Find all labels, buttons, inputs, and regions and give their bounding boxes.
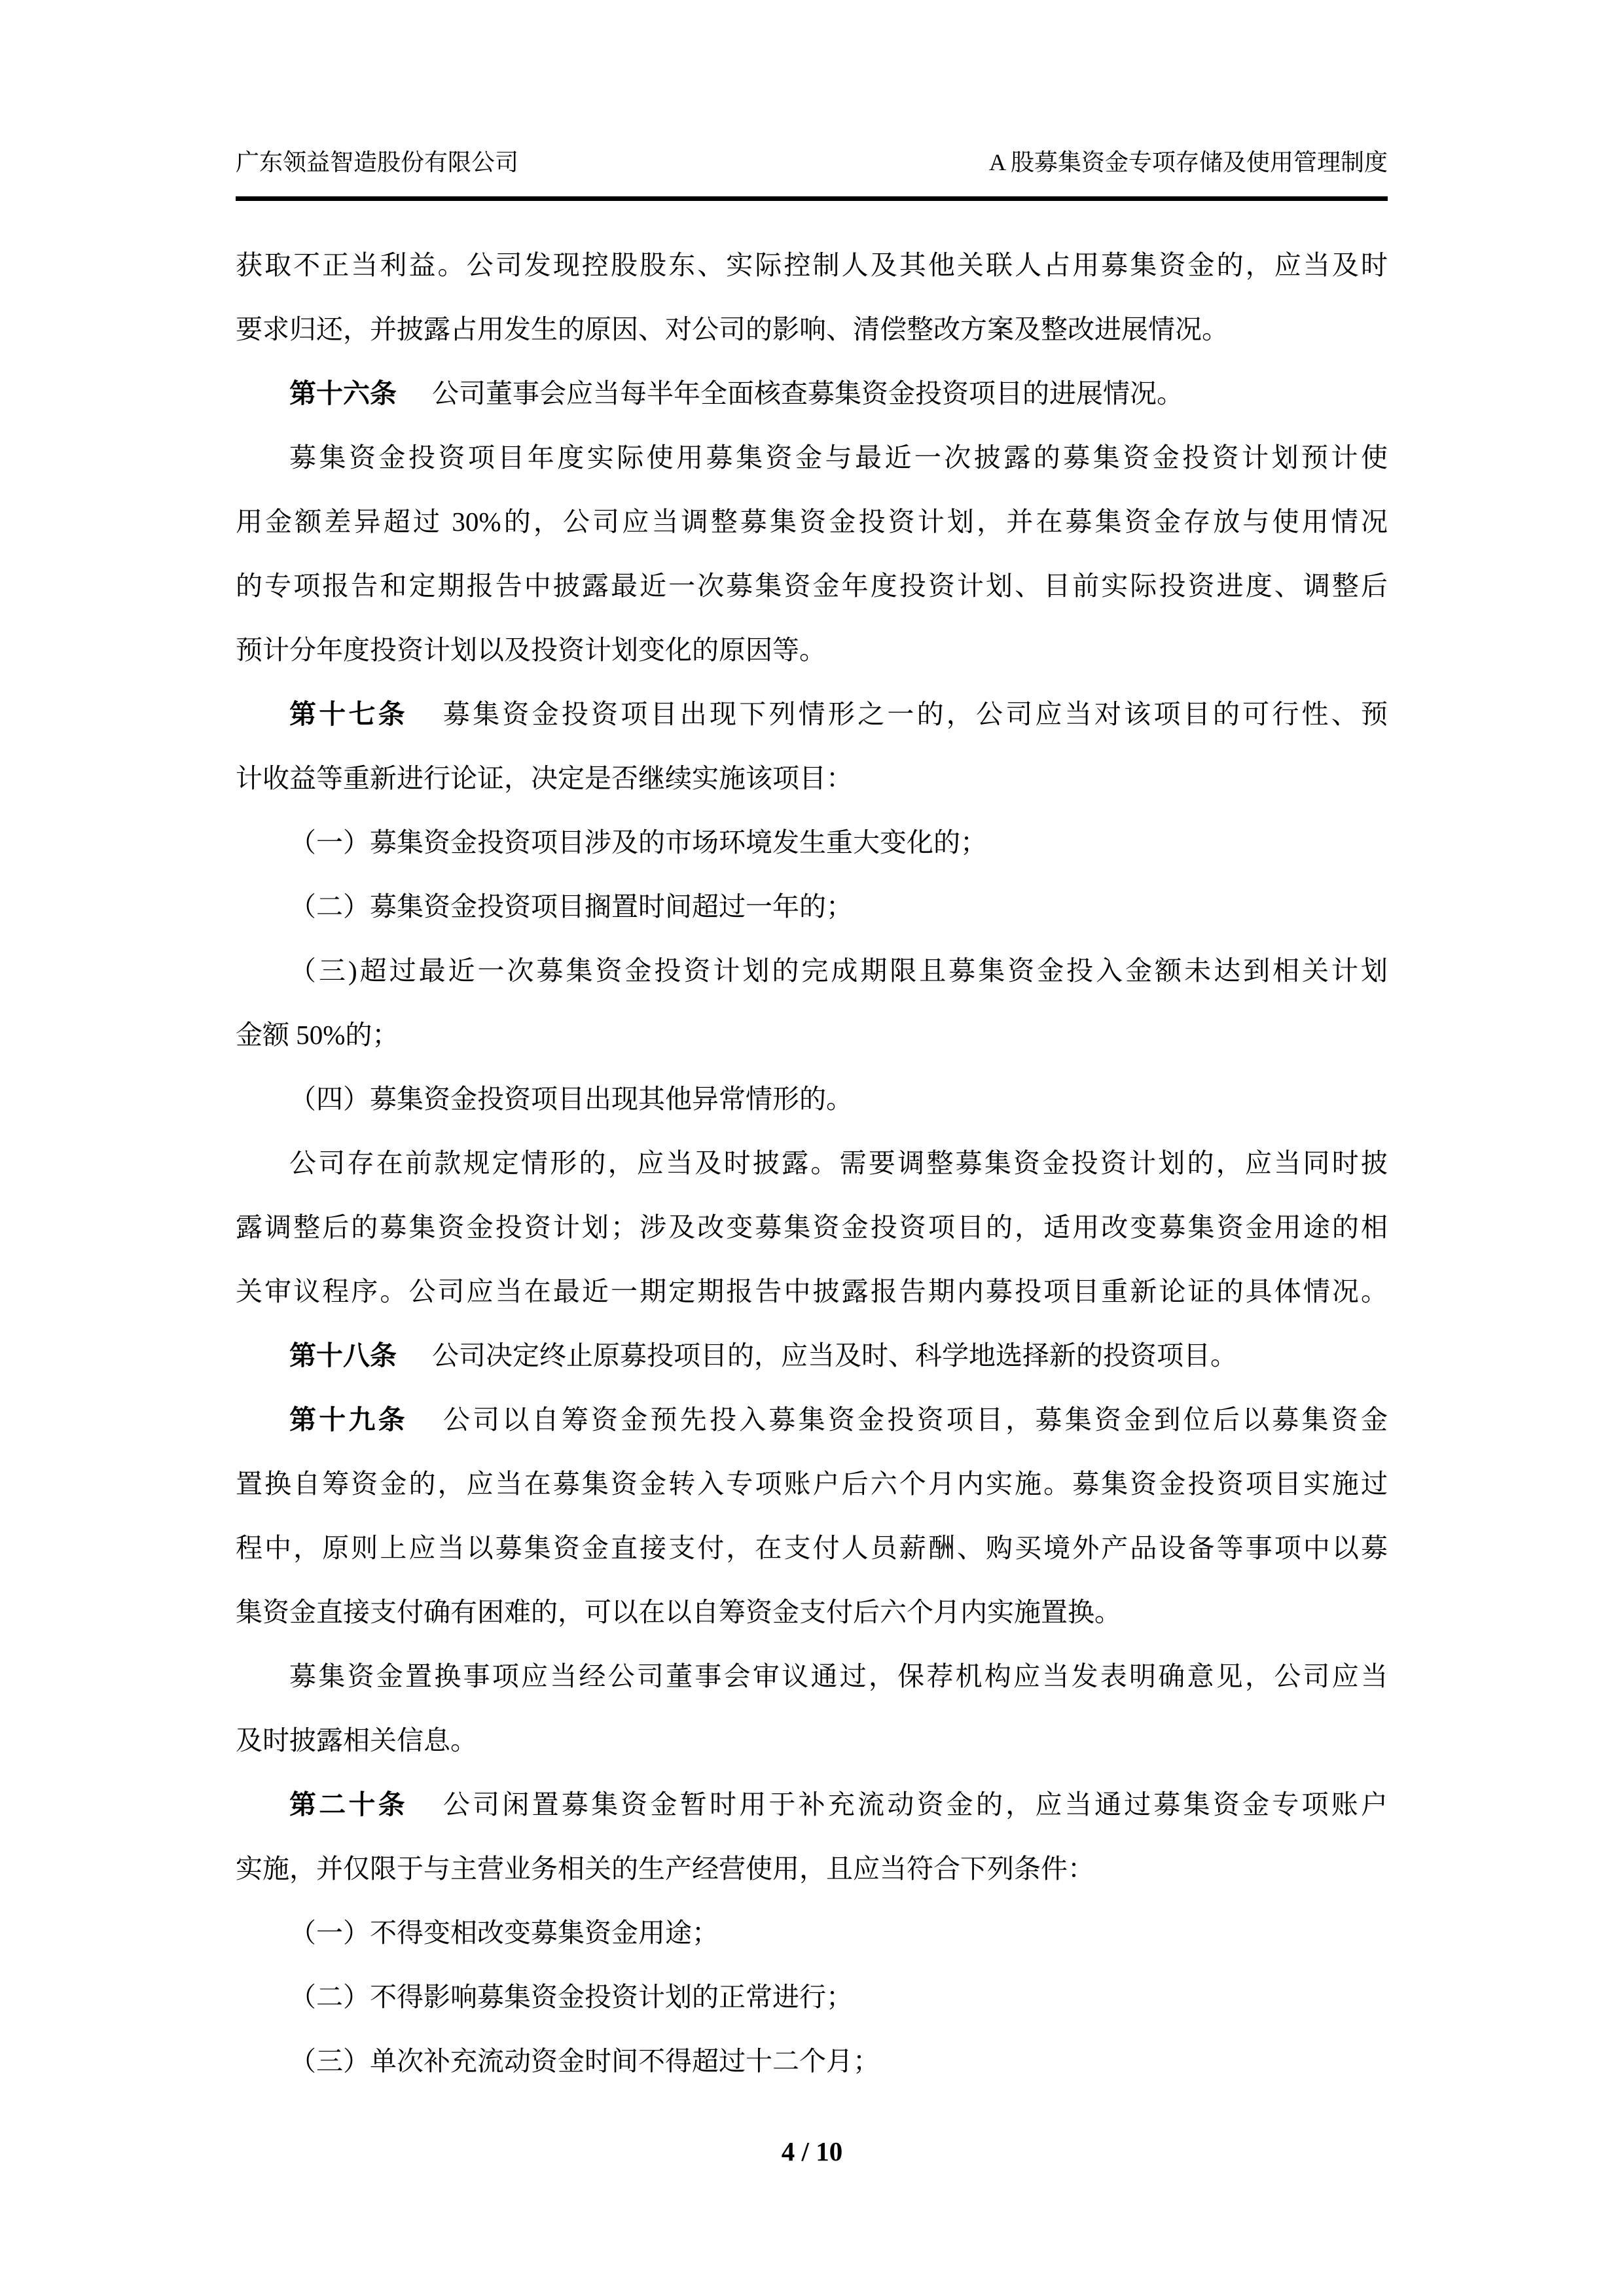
text-line: 第二十条公司闲置募集资金暂时用于补充流动资金的，应当通过募集资金专项账户 xyxy=(236,1772,1388,1837)
text-line: 第十七条募集资金投资项目出现下列情形之一的，公司应当对该项目的可行性、预 xyxy=(236,682,1388,746)
text-line: 及时披露相关信息。 xyxy=(236,1708,1388,1772)
article-number: 第十七条 xyxy=(289,699,408,729)
document-body: 获取不正当利益。公司发现控股股东、实际控制人及其他关联人占用募集资金的，应当及时… xyxy=(236,233,1388,2093)
text-line: 计收益等重新进行论证，决定是否继续实施该项目： xyxy=(236,746,1388,810)
text-line: （一）不得变相改变募集资金用途； xyxy=(236,1901,1388,1965)
text-line: （二）募集资金投资项目搁置时间超过一年的； xyxy=(236,874,1388,939)
header-rule xyxy=(236,196,1388,201)
text-line: 募集资金置换事项应当经公司董事会审议通过，保荐机构应当发表明确意见，公司应当 xyxy=(236,1644,1388,1708)
document-page: 广东领益智造股份有限公司 A 股募集资金专项存储及使用管理制度 获取不正当利益。… xyxy=(0,0,1624,2296)
article-number: 第十八条 xyxy=(289,1340,397,1371)
text-line: 要求归还，并披露占用发生的原因、对公司的影响、清偿整改方案及整改进展情况。 xyxy=(236,297,1388,361)
text-line: （一）募集资金投资项目涉及的市场环境发生重大变化的； xyxy=(236,810,1388,874)
text-line: （三）单次补充流动资金时间不得超过十二个月； xyxy=(236,2029,1388,2093)
company-name: 广东领益智造股份有限公司 xyxy=(236,145,518,179)
page-number: 4 / 10 xyxy=(782,2136,842,2166)
text-line: 募集资金投资项目年度实际使用募集资金与最近一次披露的募集资金投资计划预计使 xyxy=(236,425,1388,490)
document-title: A 股募集资金专项存储及使用管理制度 xyxy=(989,145,1388,179)
text-line: 关审议程序。公司应当在最近一期定期报告中披露报告期内募投项目重新论证的具体情况。 xyxy=(236,1259,1388,1323)
text-line: 实施，并仅限于与主营业务相关的生产经营使用，且应当符合下列条件： xyxy=(236,1837,1388,1901)
text-line: 程中，原则上应当以募集资金直接支付，在支付人员薪酬、购买境外产品设备等事项中以募 xyxy=(236,1516,1388,1580)
text-line: （四）募集资金投资项目出现其他异常情形的。 xyxy=(236,1067,1388,1131)
text-line: 第十六条公司董事会应当每半年全面核查募集资金投资项目的进展情况。 xyxy=(236,361,1388,425)
text-line: 获取不正当利益。公司发现控股股东、实际控制人及其他关联人占用募集资金的，应当及时 xyxy=(236,233,1388,297)
text-line: （二）不得影响募集资金投资计划的正常进行； xyxy=(236,1965,1388,2029)
article-number: 第二十条 xyxy=(289,1789,408,1820)
text-line: 露调整后的募集资金投资计划；涉及改变募集资金投资项目的，适用改变募集资金用途的相 xyxy=(236,1195,1388,1259)
text-line: 公司存在前款规定情形的，应当及时披露。需要调整募集资金投资计划的，应当同时披 xyxy=(236,1131,1388,1195)
page-header-row: 广东领益智造股份有限公司 A 股募集资金专项存储及使用管理制度 xyxy=(236,145,1388,179)
page-footer: 4 / 10 xyxy=(0,2135,1624,2168)
text-line: 集资金直接支付确有困难的，可以在以自筹资金支付后六个月内实施置换。 xyxy=(236,1580,1388,1644)
article-number: 第十六条 xyxy=(289,378,397,408)
text-line: 预计分年度投资计划以及投资计划变化的原因等。 xyxy=(236,618,1388,682)
text-line: 金额 50%的； xyxy=(236,1003,1388,1067)
text-line: 第十九条公司以自筹资金预先投入募集资金投资项目，募集资金到位后以募集资金 xyxy=(236,1388,1388,1452)
text-line: 用金额差异超过 30%的，公司应当调整募集资金投资计划，并在募集资金存放与使用情… xyxy=(236,490,1388,554)
text-line: 的专项报告和定期报告中披露最近一次募集资金年度投资计划、目前实际投资进度、调整后 xyxy=(236,554,1388,618)
article-number: 第十九条 xyxy=(289,1405,408,1435)
text-line: 第十八条公司决定终止原募投项目的，应当及时、科学地选择新的投资项目。 xyxy=(236,1323,1388,1388)
text-line: 置换自筹资金的，应当在募集资金转入专项账户后六个月内实施。募集资金投资项目实施过 xyxy=(236,1452,1388,1516)
text-line: （三)超过最近一次募集资金投资计划的完成期限且募集资金投入金额未达到相关计划 xyxy=(236,939,1388,1003)
page-header: 广东领益智造股份有限公司 A 股募集资金专项存储及使用管理制度 xyxy=(236,145,1388,201)
